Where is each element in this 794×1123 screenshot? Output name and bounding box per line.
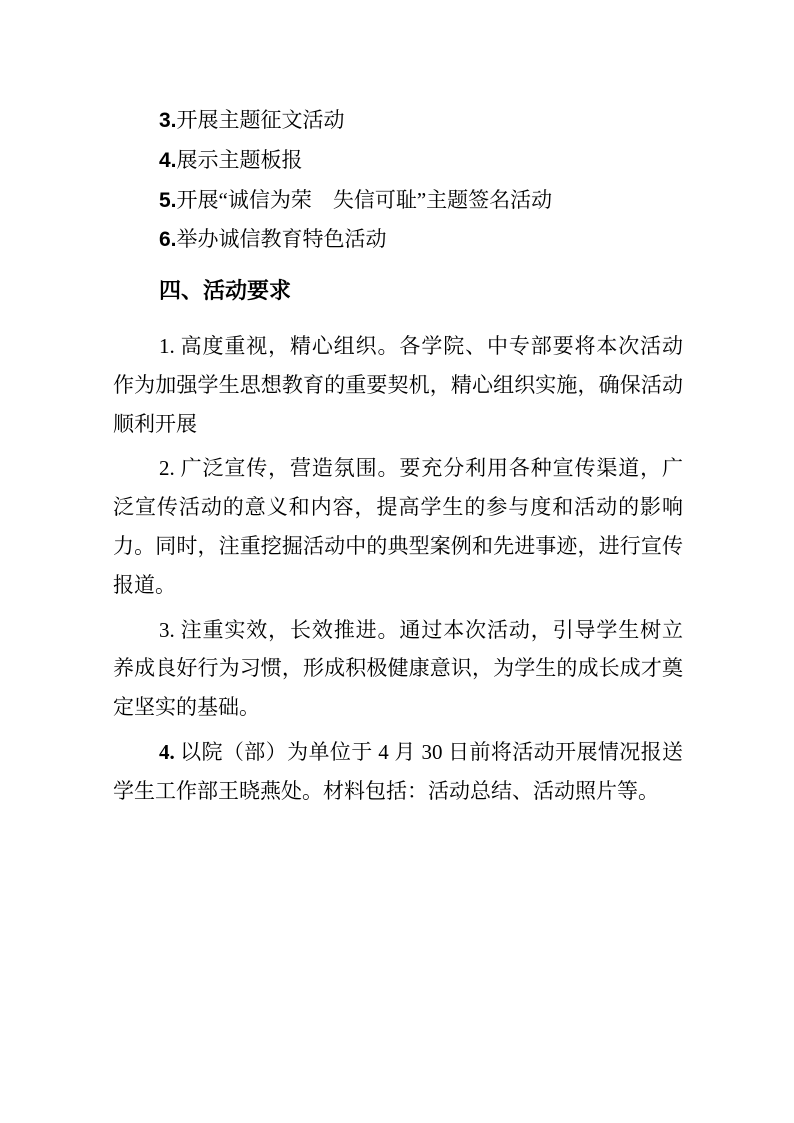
section-heading: 四、活动要求 bbox=[113, 272, 683, 311]
numbered-item: 6.举办诚信教育特色活动 bbox=[113, 220, 683, 260]
paragraph: 2.广泛宣传，营造氛围。要充分利用各种宣传渠道，广泛宣传活动的意义和内容，提高学… bbox=[113, 449, 683, 604]
paragraph-number: 1. bbox=[159, 334, 175, 358]
paragraph-text: 广泛宣传，营造氛围。要充分利用各种宣传渠道，广泛宣传活动的意义和内容，提高学生的… bbox=[113, 456, 683, 596]
numbered-item: 4.展示主题板报 bbox=[113, 141, 683, 181]
item-number: 6. bbox=[159, 228, 177, 251]
item-text: 开展主题征文活动 bbox=[177, 108, 345, 132]
paragraph-text: 注重实效，长效推进。通过本次活动，引导学生树立养成良好行为习惯，形成积极健康意识… bbox=[113, 618, 683, 720]
paragraph: 3.注重实效，长效推进。通过本次活动，引导学生树立养成良好行为习惯，形成积极健康… bbox=[113, 611, 683, 727]
paragraph-text: 以院（部）为单位于 4 月 30 日前将活动开展情况报送学生工作部王晓燕处。材料… bbox=[113, 740, 683, 803]
item-text: 展示主题板报 bbox=[177, 148, 303, 172]
paragraph-number: 2. bbox=[159, 456, 175, 480]
item-number: 3. bbox=[159, 109, 177, 132]
document-content: 3.开展主题征文活动4.展示主题板报5.开展“诚信为荣 失信可耻”主题签名活动6… bbox=[0, 0, 794, 811]
paragraph: 4.以院（部）为单位于 4 月 30 日前将活动开展情况报送学生工作部王晓燕处。… bbox=[113, 733, 683, 811]
numbered-list: 3.开展主题征文活动4.展示主题板报5.开展“诚信为荣 失信可耻”主题签名活动6… bbox=[113, 101, 683, 260]
paragraph-number: 4. bbox=[159, 740, 175, 764]
numbered-item: 3.开展主题征文活动 bbox=[113, 101, 683, 141]
paragraph-number: 3. bbox=[159, 618, 175, 642]
item-text: 开展“诚信为荣 失信可耻”主题签名活动 bbox=[177, 188, 553, 212]
paragraph-text: 高度重视，精心组织。各学院、中专部要将本次活动作为加强学生思想教育的重要契机，精… bbox=[113, 334, 683, 436]
item-number: 5. bbox=[159, 189, 177, 212]
item-text: 举办诚信教育特色活动 bbox=[177, 227, 387, 251]
document-page: 3.开展主题征文活动4.展示主题板报5.开展“诚信为荣 失信可耻”主题签名活动6… bbox=[0, 0, 794, 1123]
paragraph: 1.高度重视，精心组织。各学院、中专部要将本次活动作为加强学生思想教育的重要契机… bbox=[113, 327, 683, 443]
item-number: 4. bbox=[159, 149, 177, 172]
numbered-item: 5.开展“诚信为荣 失信可耻”主题签名活动 bbox=[113, 181, 683, 221]
paragraph-list: 1.高度重视，精心组织。各学院、中专部要将本次活动作为加强学生思想教育的重要契机… bbox=[113, 327, 683, 811]
